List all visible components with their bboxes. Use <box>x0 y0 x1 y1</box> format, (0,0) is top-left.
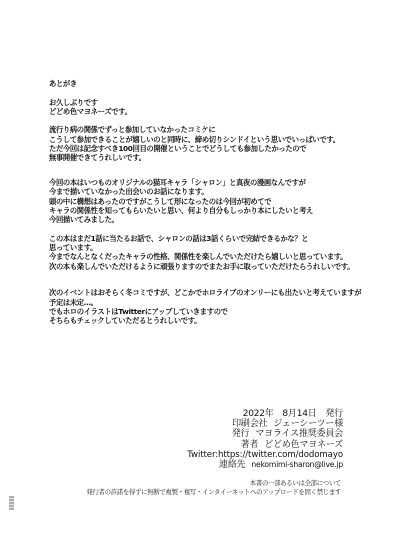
paragraph-4-line: 予定は未定…。 <box>49 298 349 307</box>
paragraph-3-line: 次の本も楽しんでいただけるように頑張りますのでまたお手に取っていただけたらうれし… <box>49 262 349 271</box>
paragraph-1-line: ただ今回は記念すべき100回目の開催ということでどうしても参加したかったので <box>49 144 349 153</box>
paragraph-3-line: 思っています。 <box>49 243 349 252</box>
contact-row: 連絡先nekomimi-sharon@live.jp <box>187 460 343 470</box>
afterword-heading: あとがき <box>49 79 349 88</box>
printer-row: 印刷会社ジェーシーツー様 <box>187 419 343 429</box>
spacer <box>49 271 349 280</box>
publisher-name: マヨライス推奨委員会 <box>255 429 343 439</box>
colophon: 2022年 8月14日 発行 印刷会社ジェーシーツー様 発行マヨライス推奨委員会… <box>187 409 343 470</box>
publisher-row: 発行マヨライス推奨委員会 <box>187 429 343 439</box>
paragraph-3-line: 今までなんとなくだったキャラの性格、関係性を楽しんでいただけたら嬉しいと思ってい… <box>49 252 349 261</box>
publisher-label: 発行 <box>232 429 250 439</box>
author-row: 著者どどめ色マヨネーズ <box>187 440 343 450</box>
notice-line: 発行者の許諾を得ずに無断で複製・複写・インタイーネットへのアップロードを固く禁じ… <box>86 488 341 497</box>
spacer <box>49 224 349 233</box>
greeting-line: どどめ色マヨネーズです。 <box>49 107 349 116</box>
paragraph-2-line: 頭の中に構想はあったのですがこうして形になったのは今回が初めてで <box>49 197 349 206</box>
twitter-link: Twitter:https://twitter.com/dodomayo <box>187 450 343 460</box>
printer-label: 印刷会社 <box>232 419 267 429</box>
paragraph-1-line: 無事開催できてうれしいです。 <box>49 153 349 162</box>
afterword-page: あとがき お久しぶりです どどめ色マヨネーズです。 流行り病の関係でずっと参加し… <box>0 0 400 556</box>
greeting-line: お久しぶりです <box>49 98 349 107</box>
afterword-text: あとがき お久しぶりです どどめ色マヨネーズです。 流行り病の関係でずっと参加し… <box>49 79 349 325</box>
spacer <box>49 280 349 288</box>
paragraph-1-line: 流行り病の関係でずっと参加していなかったコミケに <box>49 125 349 134</box>
spacer <box>49 88 349 97</box>
paragraph-4-line: でもホロのイラストはTwitterにアップしていきますので <box>49 307 349 316</box>
contact-email: nekomimi-sharon@live.jp <box>251 460 343 469</box>
publish-date: 2022年 8月14日 発行 <box>187 409 343 419</box>
author-name: どどめ色マヨネーズ <box>264 440 343 450</box>
spacer <box>49 116 349 125</box>
paragraph-2-line: 今まで描いていなかった出会いのお話になります。 <box>49 187 349 196</box>
contact-label: 連絡先 <box>219 460 245 470</box>
paragraph-2-line: キャラの関係性を知ってもらいたいと思い、何より自分もしっかり本にしたいと考え <box>49 206 349 215</box>
paragraph-4-line: そちらもチェックしていただるとうれしいです。 <box>49 316 349 325</box>
paragraph-4-line: 次のイベントはおそらく冬コミですが、どこかでホロライブのオンリーにも出たいと考え… <box>49 288 349 297</box>
paragraph-2-line: 今回の本はいつものオリジナルの猫耳キャラ「シャロン」と真夜の漫画なんですが <box>49 178 349 187</box>
author-label: 著者 <box>241 440 259 450</box>
copyright-notice: 本書の一部あるいは全部について 発行者の許諾を得ずに無断で複製・複写・インタイー… <box>86 479 341 497</box>
spacer <box>49 163 349 172</box>
paragraph-3-line: この本はまだ1話に当たるお話で、シャロンの話は3話くらいで完結できるかな？と <box>49 234 349 243</box>
paragraph-1-line: こうして参加できることが嬉しいのと同時に、締め切りシンドイという思いでいっぱいで… <box>49 135 349 144</box>
printer-name: ジェーシーツー様 <box>273 419 343 429</box>
notice-line: 本書の一部あるいは全部について <box>86 479 341 488</box>
paragraph-2-line: 今回描いてみました。 <box>49 215 349 224</box>
scan-mark <box>9 496 14 510</box>
